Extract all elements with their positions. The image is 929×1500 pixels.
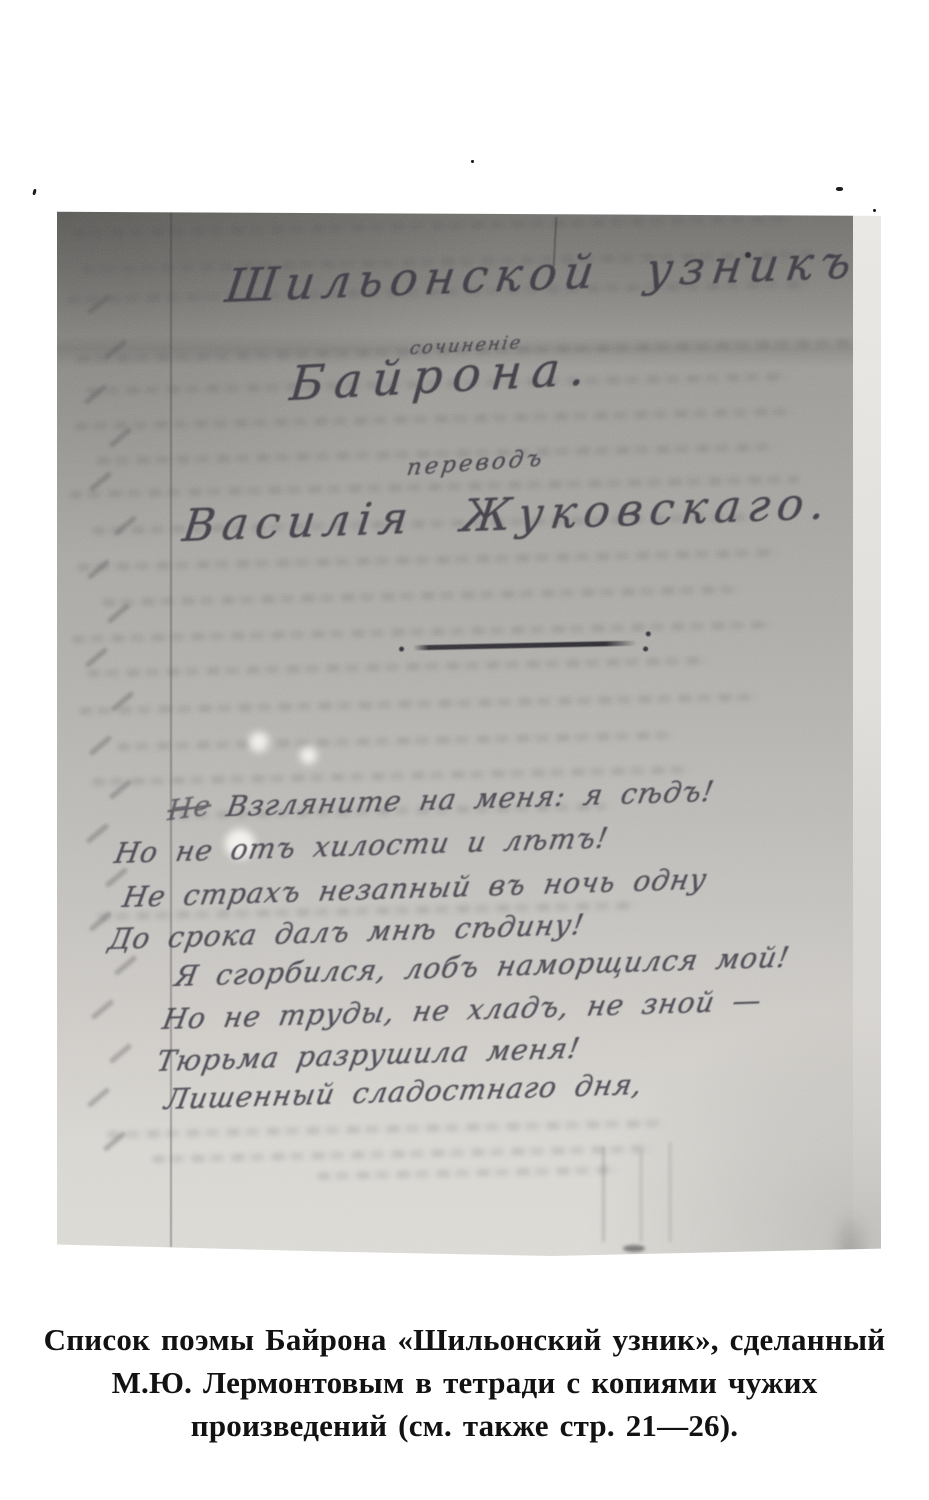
ghost-writing-line bbox=[75, 407, 795, 430]
stain-streak bbox=[602, 1147, 605, 1242]
photo-paper-edge bbox=[853, 207, 881, 1256]
stain-streak bbox=[669, 1142, 671, 1242]
ghost-writing-line bbox=[117, 731, 677, 751]
manuscript-photo: Шильонской узникъ сочиненіе Байрона. пер… bbox=[57, 207, 881, 1256]
caption-line: Список поэмы Байрона «Шильонский узник»,… bbox=[0, 1318, 929, 1361]
paper-flaw bbox=[300, 747, 317, 764]
ghost-writing-line bbox=[152, 1145, 652, 1163]
manuscript-title: Шильонской узникъ bbox=[222, 235, 861, 314]
poem-line: Но не труды, не хладъ, не зной — bbox=[160, 984, 765, 1036]
ghost-margin-mark bbox=[91, 999, 115, 1020]
caption-line: произведений (см. также стр. 21—26). bbox=[0, 1404, 929, 1447]
dust-speck bbox=[873, 209, 876, 212]
stain-streak bbox=[640, 1152, 642, 1242]
ghost-margin-mark bbox=[114, 955, 138, 976]
ghost-writing-line bbox=[72, 214, 792, 237]
ghost-writing-line bbox=[317, 1166, 617, 1180]
flourish-divider bbox=[413, 641, 637, 651]
ghost-margin-mark bbox=[85, 647, 109, 668]
ghost-writing-line bbox=[72, 621, 772, 644]
ghost-writing-line bbox=[87, 657, 707, 678]
divider-dot bbox=[399, 647, 404, 652]
dust-speck bbox=[32, 189, 36, 196]
dust-speck bbox=[471, 160, 474, 163]
poem-line: Но не отъ хилости и лѣтъ! bbox=[112, 821, 611, 870]
dust-speck bbox=[836, 187, 843, 191]
ghost-writing-line bbox=[77, 549, 777, 572]
ghost-writing-line bbox=[79, 693, 759, 715]
photo-caption: Список поэмы Байрона «Шильонский узник»,… bbox=[0, 1318, 929, 1447]
ghost-margin-mark bbox=[109, 1043, 133, 1064]
ghost-margin-mark bbox=[89, 735, 113, 756]
divider-dot bbox=[643, 646, 648, 651]
struck-out-word: Не bbox=[166, 788, 212, 827]
ghost-writing-line bbox=[102, 585, 742, 606]
divider-dot bbox=[646, 631, 651, 636]
ghost-margin-mark bbox=[86, 823, 110, 844]
ink-smudge bbox=[623, 1245, 645, 1252]
book-page: Шильонской узникъ сочиненіе Байрона. пер… bbox=[0, 0, 929, 1500]
caption-line: М.Ю. Лермонтовым в тетради с копиями чуж… bbox=[0, 1361, 929, 1404]
ghost-margin-mark bbox=[109, 427, 133, 448]
ghost-writing-line bbox=[107, 1119, 667, 1139]
paper-flaw bbox=[249, 732, 269, 752]
poem-line-text: Взгляните на меня: я сѣдъ! bbox=[224, 775, 717, 824]
ghost-margin-mark bbox=[87, 1087, 111, 1108]
